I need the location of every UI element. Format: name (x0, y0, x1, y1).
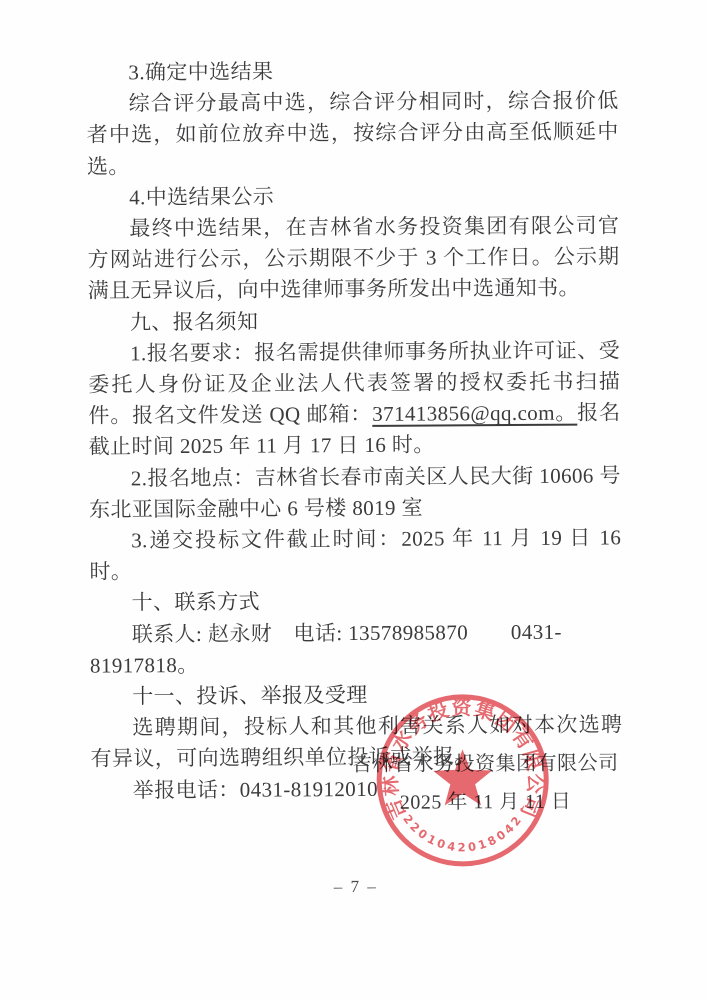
award-determination-heading: 3.确定中选结果 (86, 54, 618, 88)
company-seal: 吉林省水务投资集团有限公司 2201042018042 (372, 690, 553, 871)
scanned-sheet: 3.确定中选结果 综合评分最高中选，综合评分相同时，综合报价低者中选，如前位放弃… (0, 0, 707, 1000)
email-link[interactable]: 371413856@qq.com。 (372, 401, 577, 426)
scanned-document-page: 3.确定中选结果 综合评分最高中选，综合评分相同时，综合报价低者中选，如前位放弃… (0, 0, 707, 1000)
seal-star-icon (433, 749, 492, 805)
section-9-heading: 九、报名须知 (88, 304, 620, 338)
result-publicity-body: 最终中选结果，在吉林省水务投资集团有限公司官方网站进行公示，公示期限不少于 3 … (87, 210, 620, 307)
registration-requirements: 1.报名要求：报名需提供律师事务所执业许可证、受委托人身份证及企业法人代表签署的… (88, 335, 621, 463)
award-determination-body: 综合评分最高中选，综合评分相同时，综合报价低者中选，如前位放弃中选，按综合评分由… (86, 86, 619, 183)
submission-deadline: 3.递交投标文件截止时间：2025 年 11 月 19 日 16 时。 (89, 522, 621, 588)
page-number: – 7 – (2, 875, 707, 899)
section-10-heading: 十、联系方式 (90, 585, 622, 619)
registration-location: 2.报名地点：吉林省长春市南关区人民大街 10606 号东北亚国际金融中心 6 … (89, 460, 621, 526)
contact-line: 联系人: 赵永财 电话: 13578985870 0431-81917818。 (90, 616, 622, 682)
result-publicity-heading: 4.中选结果公示 (87, 179, 619, 213)
